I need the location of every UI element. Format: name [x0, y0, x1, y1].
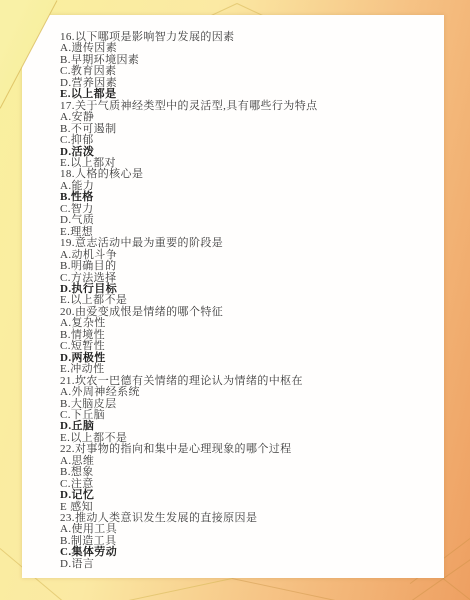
option-text: C.智力 [60, 204, 432, 215]
answer-option-text: C.集体劳动 [60, 547, 432, 558]
question-list: 16.以下哪项是影响智力发展的因素A.遗传因素B.早期环境因素C.教育因素D.营… [22, 15, 444, 570]
option-text: D.语言 [60, 559, 432, 570]
question-text: 20.由爱变成恨是情绪的哪个特征 [60, 307, 432, 318]
option-text: B.明确目的 [60, 261, 432, 272]
answer-option-text: B.性格 [60, 192, 432, 203]
question-text: 19.意志活动中最为重要的阶段是 [60, 238, 432, 249]
answer-option-text: D.记忆 [60, 490, 432, 501]
answer-option-text: E.以上都是 [60, 89, 432, 100]
option-text: A.能力 [60, 181, 432, 192]
option-text: B.不可遏制 [60, 124, 432, 135]
option-text: A.安静 [60, 112, 432, 123]
option-text: A.思维 [60, 456, 432, 467]
crease-bottom-v-right-leg [232, 578, 335, 600]
option-text: A.外周神经系统 [60, 387, 432, 398]
crease-bottom-v-left-leg [129, 578, 232, 600]
option-text: C.下丘脑 [60, 410, 432, 421]
option-text: B.想象 [60, 467, 432, 478]
quiz-paper: 16.以下哪项是影响智力发展的因素A.遗传因素B.早期环境因素C.教育因素D.营… [22, 15, 444, 578]
option-text: C.抑郁 [60, 135, 432, 146]
question-text: 22.对事物的指向和集中是心理现象的哪个过程 [60, 444, 432, 455]
option-text: D.气质 [60, 215, 432, 226]
crease-bottom-right-corner [443, 578, 470, 600]
option-text: C.注意 [60, 479, 432, 490]
question-text: 18.人格的核心是 [60, 169, 432, 180]
scanned-quiz-page: { "page": { "kind": "multiple-choice-qui… [0, 0, 470, 600]
option-text: E.冲动性 [60, 364, 432, 375]
option-text: C.短暂性 [60, 341, 432, 352]
question-text: 17.关于气质神经类型中的灵活型,具有哪些行为特点 [60, 101, 432, 112]
option-text: B.情境性 [60, 330, 432, 341]
answer-option-text: D.两极性 [60, 353, 432, 364]
option-text: B.大脑皮层 [60, 399, 432, 410]
option-text: A.复杂性 [60, 318, 432, 329]
